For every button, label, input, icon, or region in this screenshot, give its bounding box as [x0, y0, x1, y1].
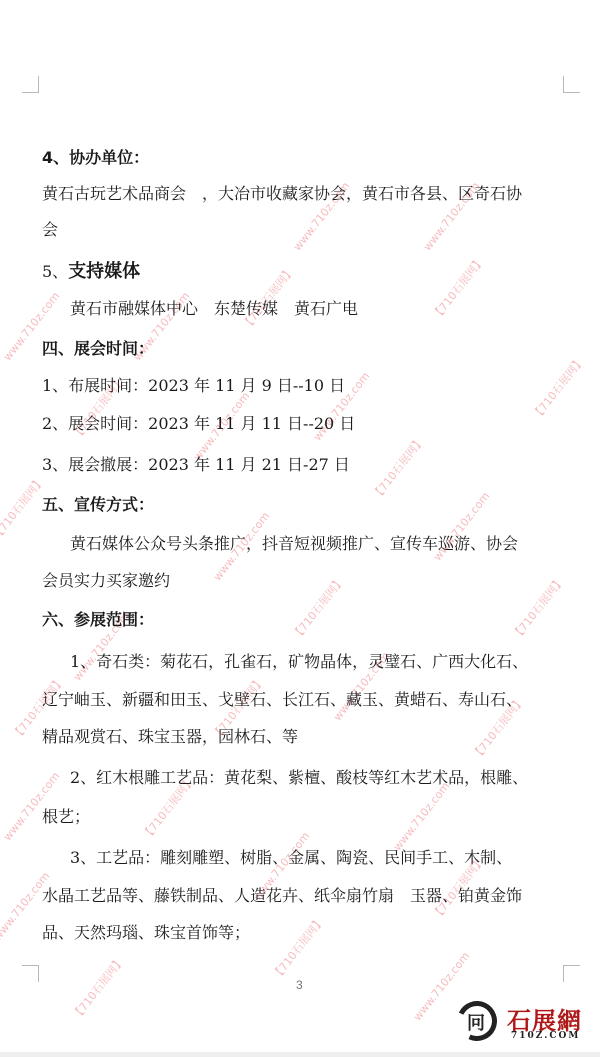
- scope-stones-cont-2: 精品观赏石、珠宝玉器，园林石、等: [42, 727, 298, 747]
- time-heading: 四、展会时间：: [42, 339, 154, 359]
- scope-stones-cont-1: 辽宁岫玉、新疆和田玉、戈壁石、长江石、藏玉、黄蜡石、寿山石、: [42, 690, 522, 710]
- scope-woodcraft: 2、红木根雕工艺品：黄花梨、紫檀、酸枝等红木艺术品，根雕、: [70, 768, 528, 788]
- media-heading-number: 5、: [42, 262, 68, 281]
- scope-crafts-cont-2: 品、天然玛瑙、珠宝首饰等；: [42, 923, 250, 943]
- media-heading: 5、支持媒体: [42, 262, 140, 282]
- time-teardown: 3、展会撤展：2023 年 11 月 21 日-27 日: [42, 455, 350, 475]
- page-corner-bottom-left: [22, 965, 39, 982]
- page-corner-top-right: [563, 76, 580, 93]
- scope-heading: 六、参展范围：: [42, 610, 154, 630]
- promo-body: 黄石媒体公众号头条推广，抖音短视频推广、宣传车巡游、协会: [70, 534, 518, 554]
- promo-heading: 五、宣传方式：: [42, 495, 154, 515]
- media-heading-text: 支持媒体: [68, 261, 140, 282]
- page-corner-top-left: [22, 76, 39, 93]
- co-organizer-body-cont: 会: [42, 220, 58, 240]
- scope-crafts: 3、工艺品：雕刻雕塑、树脂、金属、陶瓷、民间手工、木制、: [70, 848, 512, 868]
- time-show: 2、展会时间：2023 年 11 月 11 日--20 日: [42, 414, 355, 434]
- scope-woodcraft-cont: 根艺；: [42, 807, 90, 827]
- media-body: 黄石市融媒体中心 东楚传媒 黄石广电: [70, 299, 358, 319]
- site-logo: 冋 石展網 710Z.COM: [455, 995, 595, 1051]
- promo-body-cont: 会员实力买家邀约: [42, 571, 170, 591]
- co-organizer-heading: 4、协办单位：: [42, 148, 149, 168]
- time-setup: 1、布展时间：2023 年 11 月 9 日--10 日: [42, 376, 345, 396]
- page-corner-bottom-right: [563, 965, 580, 982]
- co-organizer-body: 黄石古玩艺术品商会 ，大冶市收藏家协会，黄石市各县、区奇石协: [42, 184, 522, 204]
- scope-stones: 1、奇石类：菊花石，孔雀石，矿物晶体，灵璧石、广西大化石、: [70, 652, 528, 672]
- logo-glyph: 冋: [467, 1009, 485, 1035]
- bottom-bar: [0, 1052, 600, 1057]
- page-number: 3: [296, 978, 303, 992]
- logo-site: 710Z.COM: [511, 1031, 580, 1041]
- scope-crafts-cont-1: 水晶工艺品等、藤铁制品、人造花卉、纸伞扇竹扇 玉器、铂黄金饰: [42, 886, 522, 906]
